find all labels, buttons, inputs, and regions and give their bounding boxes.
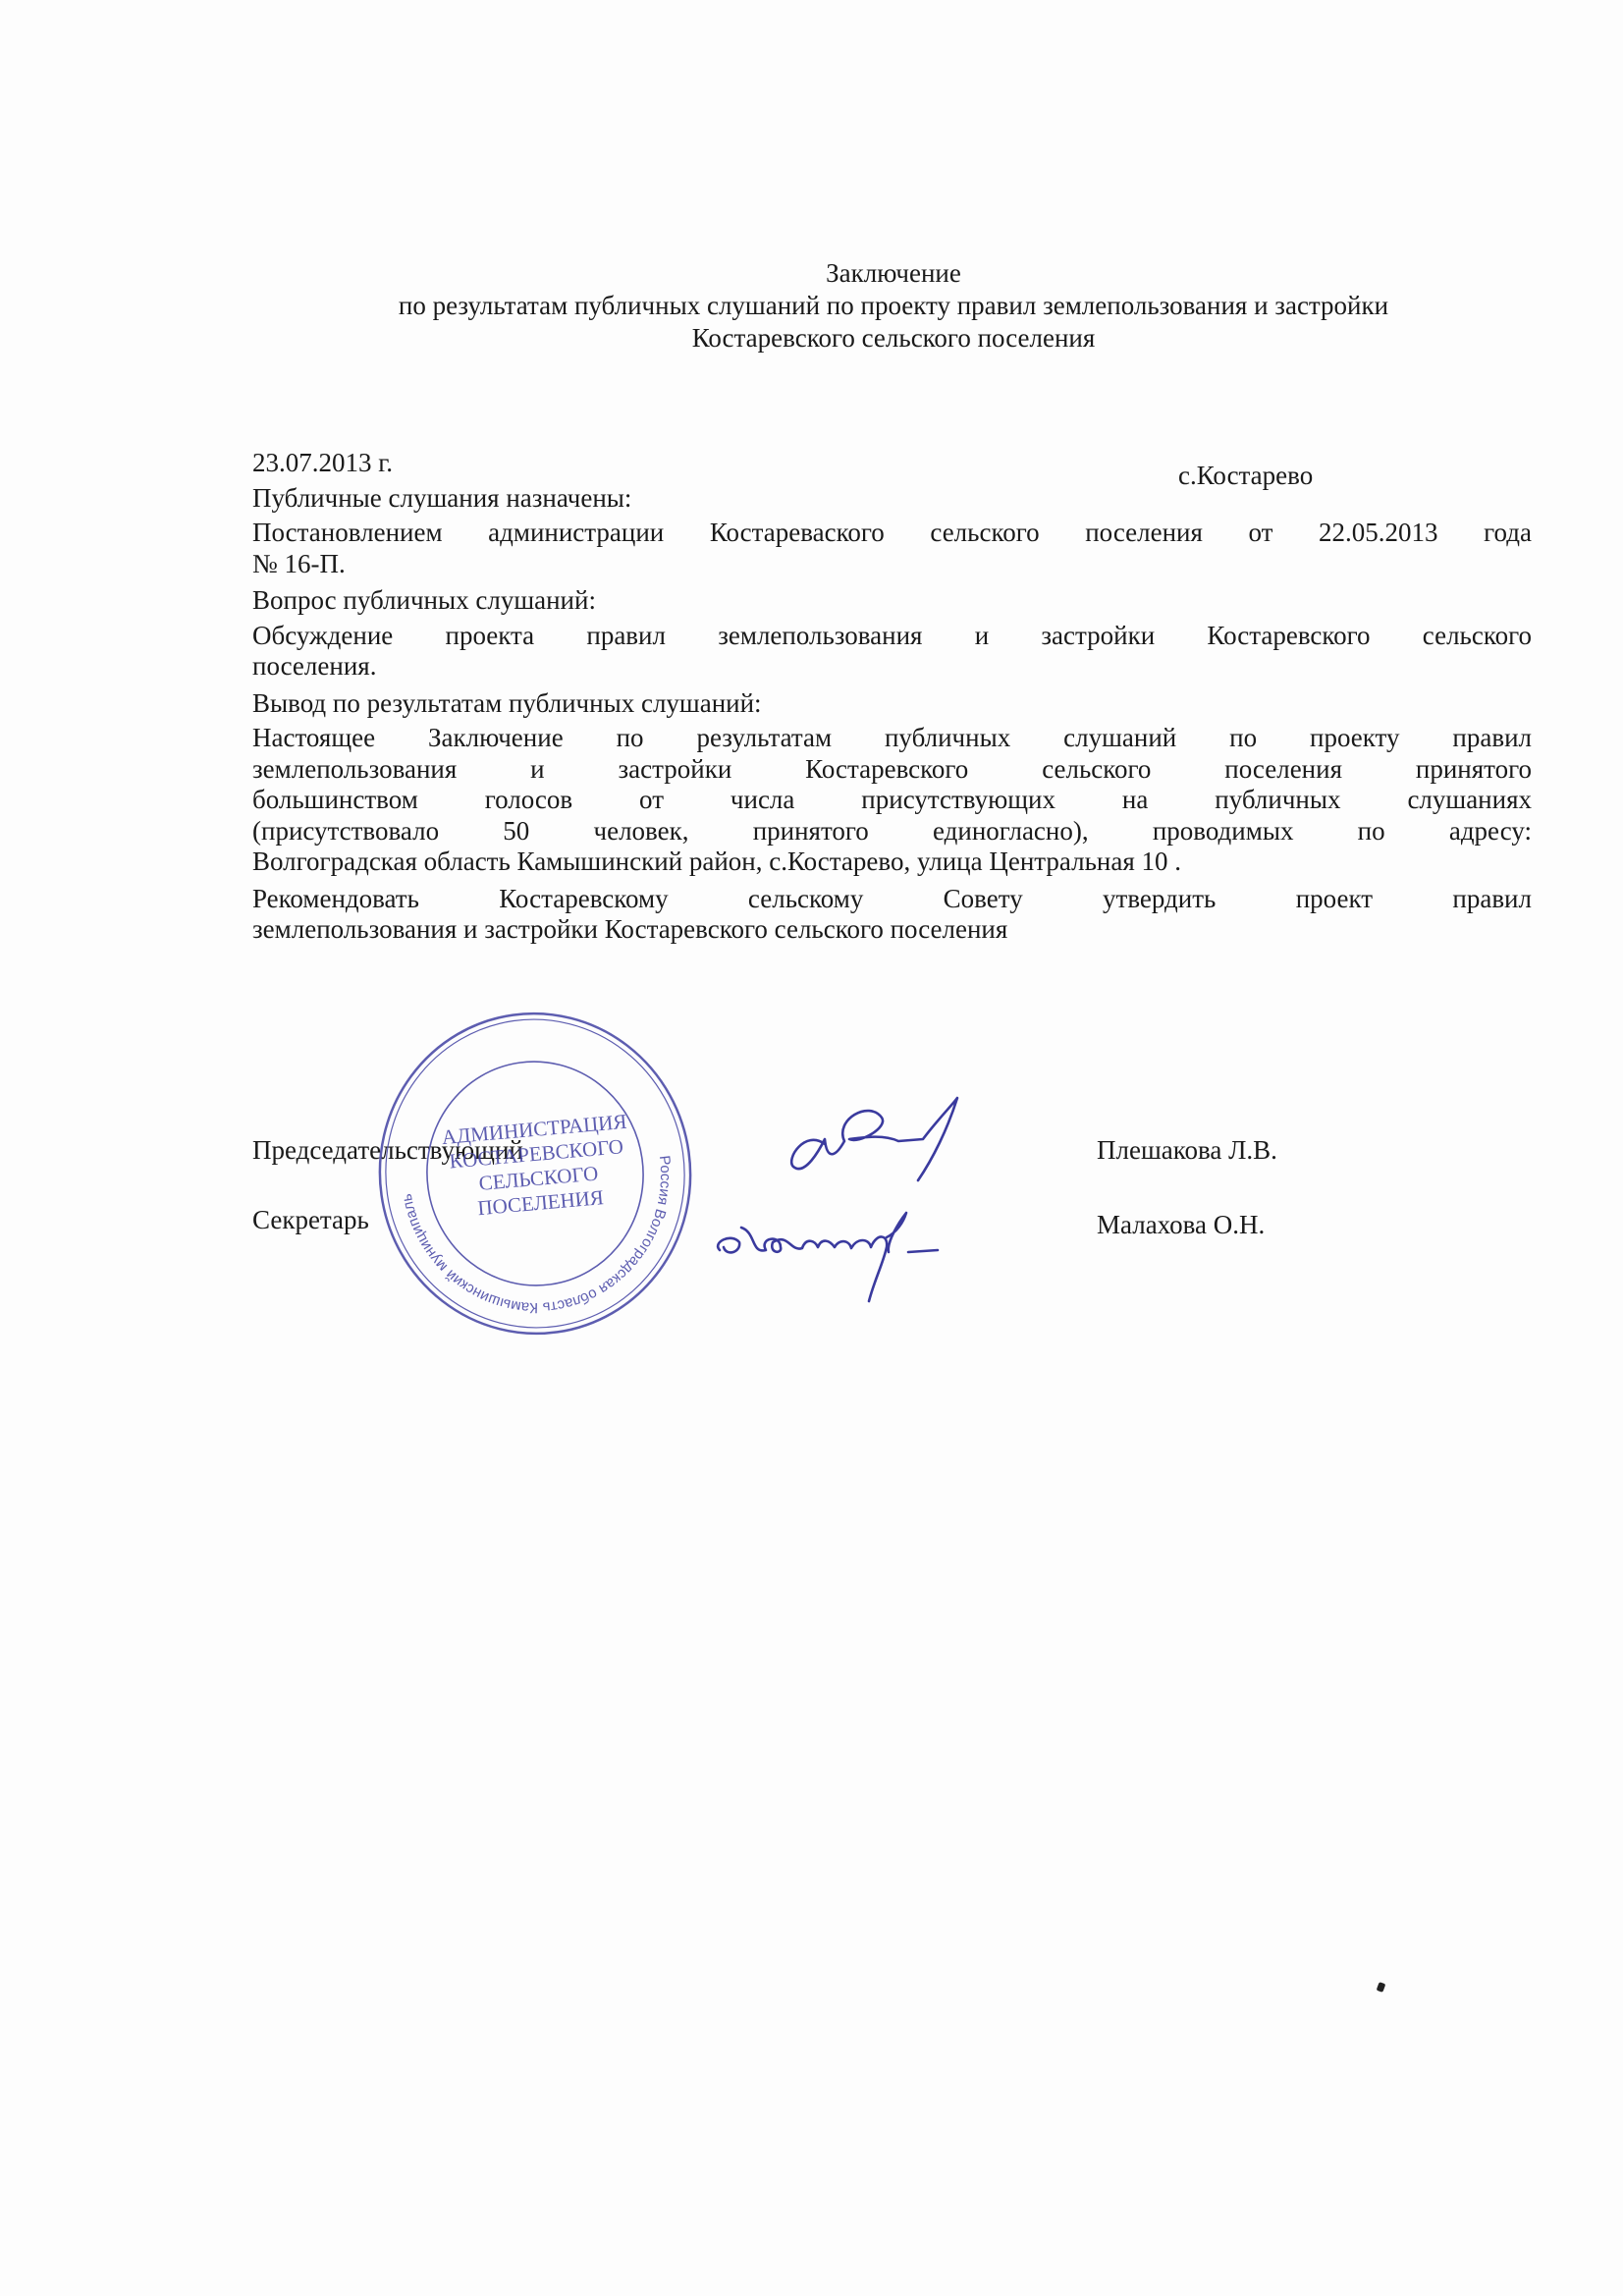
document-title: Заключение — [252, 257, 1535, 290]
date-place-row: 23.07.2013 г. с.Костарево — [252, 448, 1532, 479]
body-line: (присутствовало 50 человек, принятого ед… — [252, 816, 1532, 847]
section-heading-appointed: Публичные слушания назначены: — [252, 483, 1532, 515]
scan-speck — [1377, 1982, 1386, 1993]
section-heading-conclusion: Вывод по результатам публичных слушаний: — [252, 688, 1532, 720]
document-date: 23.07.2013 г. — [252, 448, 393, 479]
body-line: землепользования и застройки Костаревско… — [252, 754, 1532, 786]
document-subtitle-line-2: Костаревского сельского поселения — [252, 322, 1535, 355]
body-line: № 16-П. — [252, 549, 1532, 580]
body-line: землепользования и застройки Костаревско… — [252, 914, 1532, 946]
body-line: Рекомендовать Костаревскому сельскому Со… — [252, 884, 1532, 915]
official-stamp: Россия Волгоградская область Камышинский… — [373, 1011, 697, 1336]
signature-secretary — [712, 1193, 977, 1311]
signature-chair — [766, 1090, 1001, 1198]
signatory-name-chair: Плешакова Л.В. — [1097, 1135, 1277, 1166]
section-heading-question: Вопрос публичных слушаний: — [252, 585, 1532, 617]
document-place: с.Костарево — [1178, 461, 1313, 492]
document-page: Заключение по результатам публичных слуш… — [0, 0, 1623, 2296]
signatory-name-secretary: Малахова О.Н. — [1097, 1210, 1265, 1240]
document-body: 23.07.2013 г. с.Костарево Публичные слуш… — [252, 448, 1532, 946]
body-line: Обсуждение проекта правил землепользован… — [252, 621, 1532, 652]
body-line: Постановлением администрации Костареваск… — [252, 518, 1532, 549]
body-line: Настоящее Заключение по результатам публ… — [252, 723, 1532, 754]
body-line: Волгоградская область Камышинский район,… — [252, 847, 1532, 878]
signatory-role-secretary: Секретарь — [252, 1205, 369, 1235]
document-subtitle-line-1: по результатам публичных слушаний по про… — [252, 290, 1535, 322]
body-line: большинством голосов от числа присутству… — [252, 785, 1532, 816]
document-header: Заключение по результатам публичных слуш… — [252, 257, 1535, 355]
body-line: поселения. — [252, 651, 1532, 683]
